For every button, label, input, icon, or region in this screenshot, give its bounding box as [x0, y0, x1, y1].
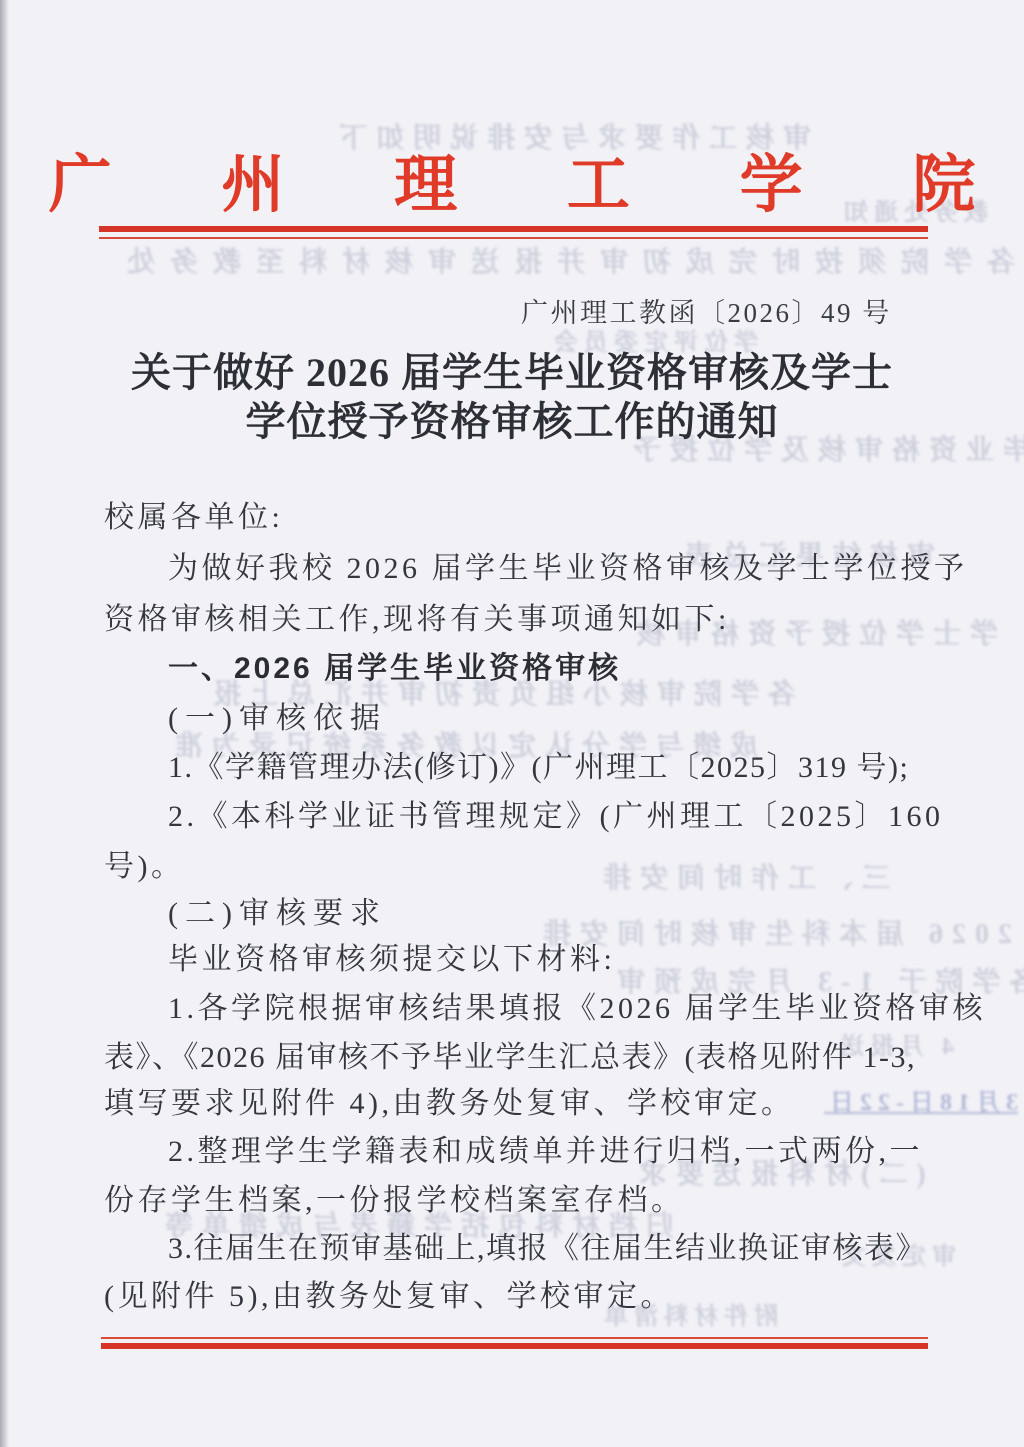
body-line: 号)。	[104, 849, 185, 885]
footer-rule-thin	[101, 1337, 928, 1339]
subsection-heading: (二)审核要求	[168, 896, 387, 932]
subsection-heading: (一)审核依据	[168, 701, 387, 737]
scanned-document-page: 审核工作要求与安排说明如下 教务处通知 各学院须按时完成初审并报送审核材料至教务…	[0, 0, 1024, 1447]
document-title: 关于做好 2026 届学生毕业资格审核及学士 学位授予资格审核工作的通知	[0, 348, 1024, 446]
letterhead-organization-name: 广 州 理 工 学 院	[0, 134, 1024, 225]
body-line: 份存学生档案,一份报学校档案室存档。	[104, 1183, 685, 1219]
body-line: 1.《学籍管理办法(修订)》(广州理工〔2025〕319 号);	[168, 750, 909, 786]
body-line: 毕业资格审核须提交以下材料:	[168, 942, 615, 978]
body-line: 1.各学院根据审核结果填报《2026 届学生毕业资格审核	[168, 991, 986, 1027]
body-line: 填写要求见附件 4),由教务处复审、学校审定。	[104, 1086, 795, 1122]
document-reference-number: 广州理工教函〔2026〕49 号	[521, 291, 892, 330]
document-title-line-2: 学位授予资格审核工作的通知	[0, 397, 1024, 446]
footer-rule-thick	[101, 1343, 928, 1349]
document-content: 广 州 理 工 学 院 广州理工教函〔2026〕49 号 关于做好 2026 届…	[0, 0, 1024, 1447]
salutation-line: 校属各单位:	[104, 500, 283, 536]
body-line: 表》、《2026 届审核不予毕业学生汇总表》(表格见附件 1-3,	[104, 1040, 916, 1076]
body-line: (见附件 5),由教务处复审、学校审定。	[104, 1279, 674, 1315]
body-line: 为做好我校 2026 届学生毕业资格审核及学士学位授予	[168, 551, 968, 587]
body-line: 2.《本科学业证书管理规定》(广州理工〔2025〕160	[168, 799, 944, 835]
body-line: 3.往届生在预审基础上,填报《往届生结业换证审核表》	[168, 1231, 927, 1267]
letterhead-rule-thin	[99, 237, 928, 239]
scan-edge-shadow	[0, 0, 9, 1447]
letterhead-rule-thick	[99, 226, 928, 232]
body-line: 2.整理学生学籍表和成绩单并进行归档,一式两份,一	[168, 1134, 923, 1170]
body-line: 资格审核相关工作,现将有关事项通知如下:	[104, 602, 730, 638]
section-heading: 一、2026 届学生毕业资格审核	[168, 651, 621, 687]
document-title-line-1: 关于做好 2026 届学生毕业资格审核及学士	[0, 348, 1024, 397]
